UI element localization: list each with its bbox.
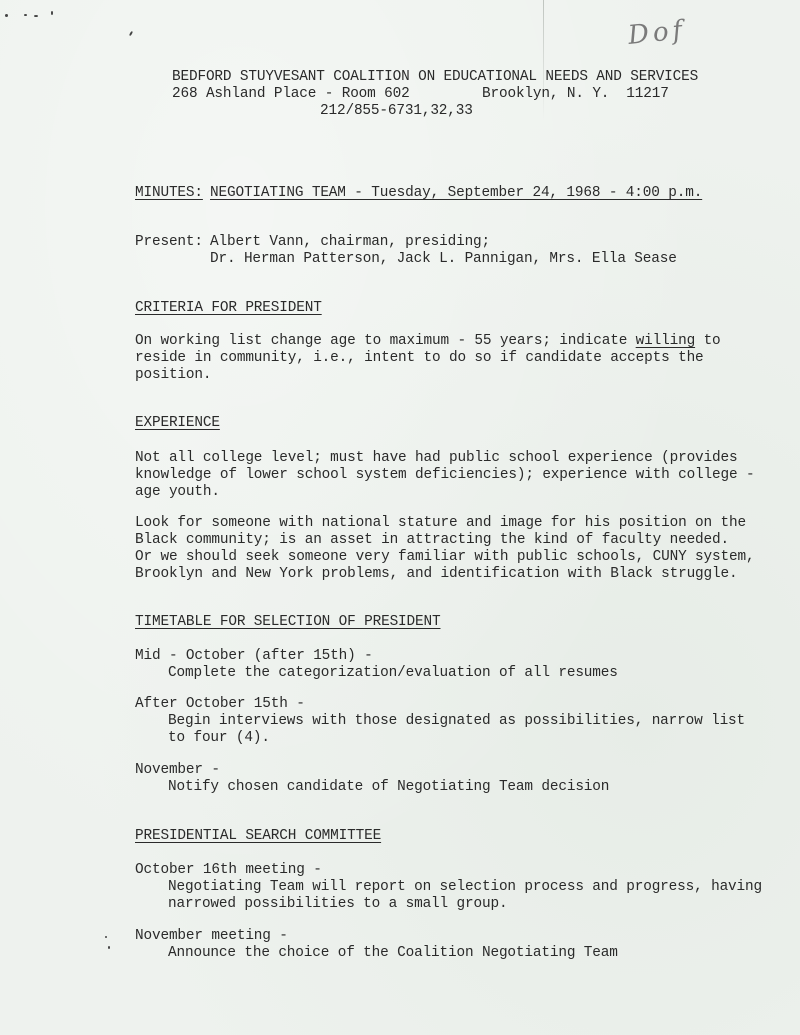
body-line: reside in community, i.e., intent to do … bbox=[135, 350, 704, 366]
timetable-what: Complete the categorization/evaluation o… bbox=[168, 665, 618, 681]
body-line: Black community; is an asset in attracti… bbox=[135, 532, 729, 548]
meeting-title: NEGOTIATING TEAM - Tuesday, September 24… bbox=[210, 185, 702, 201]
body-line: Or we should seek someone very familiar … bbox=[135, 549, 754, 565]
attendees-line-1: Albert Vann, chairman, presiding; bbox=[210, 234, 490, 250]
attendees-line-2: Dr. Herman Patterson, Jack L. Pannigan, … bbox=[210, 251, 677, 267]
handwritten-mark: Dof bbox=[627, 15, 688, 51]
paper-fold-line bbox=[543, 0, 544, 120]
present-label: Present: bbox=[135, 234, 203, 250]
section-heading: PRESIDENTIAL SEARCH COMMITTEE bbox=[135, 828, 381, 844]
paper-speck bbox=[5, 14, 8, 17]
address-city: Brooklyn, N. Y. 11217 bbox=[482, 86, 669, 102]
body-line: On working list change age to maximum - … bbox=[135, 333, 721, 349]
organization-name: BEDFORD STUYVESANT COALITION ON EDUCATIO… bbox=[172, 69, 698, 85]
paper-speck bbox=[24, 14, 27, 16]
text-run: to bbox=[695, 333, 720, 349]
committee-when: October 16th meeting - bbox=[135, 862, 322, 878]
paper-speck bbox=[51, 11, 53, 15]
body-line: position. bbox=[135, 367, 211, 383]
section-heading: CRITERIA FOR PRESIDENT bbox=[135, 300, 322, 316]
section-heading: TIMETABLE FOR SELECTION OF PRESIDENT bbox=[135, 614, 441, 630]
body-line: age youth. bbox=[135, 484, 220, 500]
address-street: 268 Ashland Place - Room 602 bbox=[172, 86, 410, 102]
document-page: Dof BEDFORD STUYVESANT COALITION ON EDUC… bbox=[0, 0, 800, 1035]
section-heading: EXPERIENCE bbox=[135, 415, 220, 431]
paper-speck bbox=[129, 31, 133, 36]
timetable-what: to four (4). bbox=[168, 730, 270, 746]
timetable-what: Notify chosen candidate of Negotiating T… bbox=[168, 779, 609, 795]
committee-what: Negotiating Team will report on selectio… bbox=[168, 879, 762, 895]
body-line: Brooklyn and New York problems, and iden… bbox=[135, 566, 738, 582]
paper-speck bbox=[34, 15, 38, 17]
underlined-word: willing bbox=[636, 333, 695, 349]
body-line: Not all college level; must have had pub… bbox=[135, 450, 738, 466]
committee-when: November meeting - bbox=[135, 928, 288, 944]
paper-speck bbox=[105, 936, 107, 938]
committee-what: narrowed possibilities to a small group. bbox=[168, 896, 507, 912]
paper-speck bbox=[108, 946, 110, 949]
minutes-label: MINUTES: bbox=[135, 185, 203, 201]
text-run: On working list change age to maximum - … bbox=[135, 333, 636, 349]
timetable-what: Begin interviews with those designated a… bbox=[168, 713, 745, 729]
body-line: knowledge of lower school system deficie… bbox=[135, 467, 754, 483]
timetable-when: November - bbox=[135, 762, 220, 778]
committee-what: Announce the choice of the Coalition Neg… bbox=[168, 945, 618, 961]
body-line: Look for someone with national stature a… bbox=[135, 515, 746, 531]
timetable-when: After October 15th - bbox=[135, 696, 305, 712]
timetable-when: Mid - October (after 15th) - bbox=[135, 648, 373, 664]
phone-numbers: 212/855-6731,32,33 bbox=[320, 103, 473, 119]
